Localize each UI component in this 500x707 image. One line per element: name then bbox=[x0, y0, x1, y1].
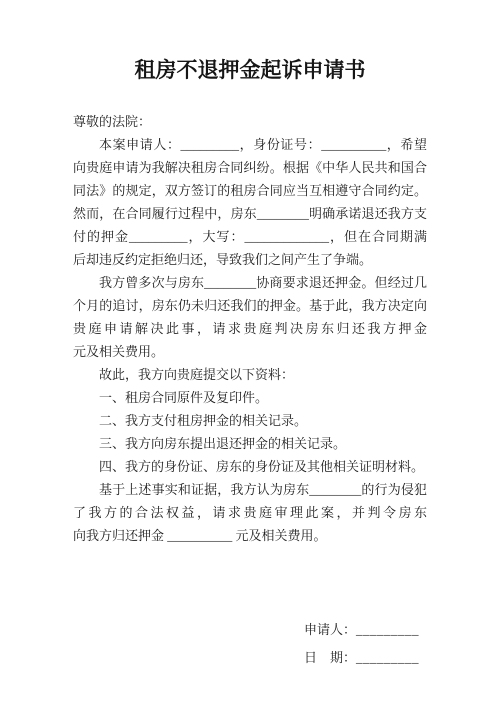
body-line-17: 了我方的合法权益，请求贵庭审理此案，并判令房东 bbox=[73, 501, 427, 524]
applicant-signature-line: 申请人：_________ bbox=[278, 588, 427, 616]
body-line-10: 元及相关费用。 bbox=[73, 340, 427, 363]
document-body: 尊敬的法院： 本案申请人：_________，身份证号：__________，希… bbox=[73, 110, 427, 644]
body-line-6: 后却违反约定拒绝归还，导致我们之间产生了争端。 bbox=[73, 248, 427, 271]
attachment-item-1: 一、租房合同原件及复印件。 bbox=[73, 386, 427, 409]
salutation-line: 尊敬的法院： bbox=[73, 110, 427, 133]
document-page: 租房不退押金起诉申请书 尊敬的法院： 本案申请人：_________，身份证号：… bbox=[0, 0, 500, 707]
date-label: 日 期： bbox=[304, 650, 356, 665]
body-line-18: 向我方归还押金 __________ 元及相关费用。 bbox=[73, 524, 427, 547]
body-line-4: 然而，在合同履行过程中，房东________明确承诺退还我方支 bbox=[73, 202, 427, 225]
attachment-item-3: 三、我方向房东提出退还押金的相关记录。 bbox=[73, 432, 427, 455]
body-line-1: 本案申请人：_________，身份证号：__________，希望 bbox=[73, 133, 427, 156]
attachment-item-2: 二、我方支付租房押金的相关记录。 bbox=[73, 409, 427, 432]
document-title: 租房不退押金起诉申请书 bbox=[0, 57, 500, 84]
applicant-blank: _________ bbox=[356, 622, 419, 637]
attachments-intro: 故此，我方向贵庭提交以下资料： bbox=[73, 363, 427, 386]
body-line-9: 贵庭申请解决此事，请求贵庭判决房东归还我方押金 bbox=[73, 317, 427, 340]
attachment-item-4: 四、我方的身份证、房东的身份证及其他相关证明材料。 bbox=[73, 455, 427, 478]
signature-block: 申请人：_________ 日 期：_________ bbox=[73, 588, 427, 644]
body-line-8: 个月的追讨，房东仍未归还我们的押金。基于此，我方决定向 bbox=[73, 294, 427, 317]
body-line-3: 同法》的规定，双方签订的租房合同应当互相遵守合同约定。 bbox=[73, 179, 427, 202]
body-line-7: 我方曾多次与房东________协商要求退还押金。但经过几 bbox=[73, 271, 427, 294]
body-line-16: 基于上述事实和证据，我方认为房东________的行为侵犯 bbox=[73, 478, 427, 501]
applicant-label: 申请人： bbox=[304, 622, 356, 637]
date-blank: _________ bbox=[356, 650, 419, 665]
body-line-5: 付的押金_________，大写：_____________，但在合同期满 bbox=[73, 225, 427, 248]
body-line-2: 向贵庭申请为我解决租房合同纠纷。根据《中华人民共和国合 bbox=[73, 156, 427, 179]
